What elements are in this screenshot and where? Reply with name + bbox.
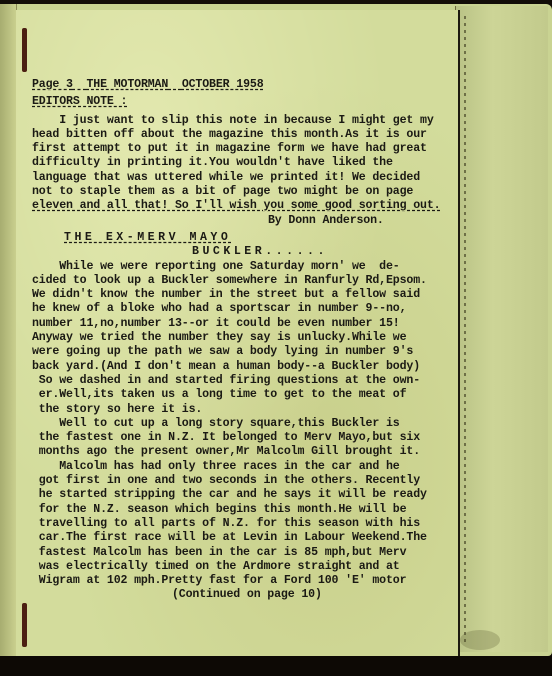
article-line: travelling to all parts of N.Z. for this… — [32, 517, 462, 531]
article-line: Anyway we tried the number they say is u… — [32, 331, 462, 345]
note-line: difficulty in printing it.You wouldn't h… — [32, 156, 462, 170]
article-line: for the N.Z. season which begins this mo… — [32, 503, 462, 517]
staple-top-icon — [22, 28, 27, 72]
article-line: car.The first race will be at Levin in L… — [32, 531, 462, 545]
note-line: I just want to slip this note in because… — [32, 114, 462, 128]
note-line: head bitten off about the magazine this … — [32, 128, 462, 142]
article-line: got first in one and two seconds in the … — [32, 474, 462, 488]
article-line: back yard.(And I don't mean a human body… — [32, 360, 462, 374]
article-line: was electrically timed on the Ardmore st… — [32, 560, 462, 574]
article-line: cided to look up a Buckler somewhere in … — [32, 274, 462, 288]
back-page-edge — [455, 6, 548, 652]
editors-note-heading: EDITORS NOTE : — [32, 95, 462, 109]
editors-note-body: I just want to slip this note in because… — [32, 114, 462, 228]
staple-bottom-icon — [22, 603, 27, 647]
article-line: number 11,no,number 13--or it could be e… — [32, 317, 462, 331]
article-line: So we dashed in and started firing quest… — [32, 374, 462, 388]
article-line: he started stripping the car and he says… — [32, 488, 462, 502]
publication-name: THE MOTORMAN — [86, 78, 168, 91]
page-label: Page 3 — [32, 78, 73, 91]
article-line: he knew of a bloke who had a sportscar i… — [32, 302, 462, 316]
article-line: er.Well,its taken us a long time to get … — [32, 388, 462, 402]
continued-note: (Continued on page 10) — [32, 588, 462, 602]
note-line: language that was uttered while we print… — [32, 171, 462, 185]
note-line: eleven and all that! So I'll wish you so… — [32, 199, 462, 213]
article-line: We didn't know the number in the street … — [32, 288, 462, 302]
typed-text: Page 3 THE MOTORMAN OCTOBER 1958 EDITORS… — [32, 78, 462, 603]
article-line: the fastest one in N.Z. It belonged to M… — [32, 431, 462, 445]
article-line: fastest Malcolm has been in the car is 8… — [32, 546, 462, 560]
page-header: Page 3 THE MOTORMAN OCTOBER 1958 — [32, 78, 462, 92]
issue-date: OCTOBER 1958 — [182, 78, 264, 91]
article-line: Wigram at 102 mph.Pretty fast for a Ford… — [32, 574, 462, 588]
perforated-edge — [464, 16, 466, 642]
article-title: THE EX-MERV MAYO — [32, 231, 462, 245]
note-line: not to staple them as a bit of page two … — [32, 185, 462, 199]
article-title-cont: BUCKLER...... — [32, 245, 462, 259]
article-line: While we were reporting one Saturday mor… — [32, 260, 462, 274]
article-line: the story so here it is. — [32, 403, 462, 417]
binding-spine — [0, 4, 17, 656]
shadow-edge — [0, 656, 552, 676]
ink-smudge — [460, 630, 500, 650]
note-line: first attempt to put it in magazine form… — [32, 142, 462, 156]
article-line: months ago the present owner,Mr Malcolm … — [32, 445, 462, 459]
article-line: were going up the path we saw a body lyi… — [32, 345, 462, 359]
article-line: Well to cut up a long story square,this … — [32, 417, 462, 431]
article-body: While we were reporting one Saturday mor… — [32, 260, 462, 603]
article-line: Malcolm has had only three races in the … — [32, 460, 462, 474]
byline: By Donn Anderson. — [32, 214, 462, 228]
